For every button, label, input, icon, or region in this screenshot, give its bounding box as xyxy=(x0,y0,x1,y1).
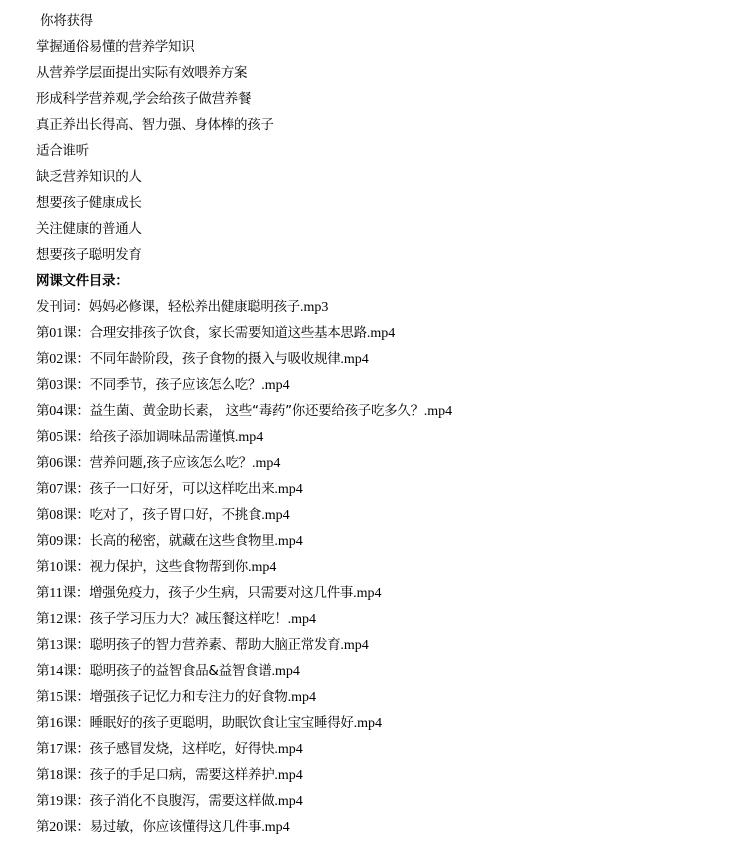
lesson-prefix: 第 xyxy=(36,377,49,393)
file-list-item: 第06课：营养问题,孩子应该怎么吃？.mp4 xyxy=(36,450,736,476)
lesson-suffix: 课 xyxy=(63,351,76,367)
lesson-number: 15 xyxy=(49,690,63,705)
lesson-title: ：孩子的手足口病，需要这样养护 xyxy=(76,767,274,783)
file-list-item: 第16课：睡眠好的孩子更聪明，助眠饮食让宝宝睡得好.mp4 xyxy=(36,710,736,736)
lesson-number: 06 xyxy=(49,456,63,471)
lesson-prefix: 第 xyxy=(36,559,49,575)
lesson-suffix: 课 xyxy=(63,533,76,549)
file-list-item: 第18课：孩子的手足口病，需要这样养护.mp4 xyxy=(36,762,736,788)
lesson-number: 10 xyxy=(49,560,63,575)
file-list-item: 第19课：孩子消化不良腹泻，需要这样做.mp4 xyxy=(36,788,736,814)
catalog-heading: 网课文件目录： xyxy=(36,268,736,294)
lesson-title: ：视力保护，这些食物帮到你 xyxy=(76,559,248,575)
file-extension: .mp4 xyxy=(271,664,299,679)
lesson-prefix: 第 xyxy=(36,741,49,757)
lesson-suffix: 课 xyxy=(63,611,76,627)
lesson-title: ：增强免疫力，孩子少生病，只需要对这几件事 xyxy=(76,585,353,601)
file-extension: .mp4 xyxy=(252,456,280,471)
lesson-number: 20 xyxy=(49,820,63,835)
lesson-number: 09 xyxy=(49,534,63,549)
file-extension: .mp4 xyxy=(261,378,289,393)
file-extension: .mp4 xyxy=(274,742,302,757)
file-list-item: 发刊词：妈妈必修课，轻松养出健康聪明孩子.mp3 xyxy=(36,294,736,320)
document-body: 你将获得 掌握通俗易懂的营养学知识 从营养学层面提出实际有效喂养方案 形成科学营… xyxy=(36,8,736,840)
lesson-prefix: 第 xyxy=(36,533,49,549)
lesson-title: ：妈妈必修课，轻松养出健康聪明孩子 xyxy=(76,299,300,315)
lesson-title: ：长高的秘密，就藏在这些食物里 xyxy=(76,533,274,549)
file-extension: .mp4 xyxy=(354,716,382,731)
lesson-suffix: 课 xyxy=(63,663,76,679)
file-extension: .mp4 xyxy=(288,690,316,705)
file-list-item: 第05课：给孩子添加调味品需谨慎.mp4 xyxy=(36,424,736,450)
lesson-number: 17 xyxy=(49,742,63,757)
lesson-title: ：孩子一口好牙，可以这样吃出来 xyxy=(76,481,274,497)
lesson-title: ：不同年龄阶段，孩子食物的摄入与吸收规律 xyxy=(76,351,340,367)
file-list-item: 第12课：孩子学习压力大？减压餐这样吃！.mp4 xyxy=(36,606,736,632)
file-list-item: 第11课：增强免疫力，孩子少生病，只需要对这几件事.mp4 xyxy=(36,580,736,606)
lesson-title: ：易过敏，你应该懂得这几件事 xyxy=(76,819,261,835)
file-extension: .mp4 xyxy=(274,482,302,497)
file-extension: .mp4 xyxy=(340,638,368,653)
file-extension: .mp4 xyxy=(424,404,452,419)
audience-item: 缺乏营养知识的人 xyxy=(36,164,736,190)
file-list-item: 第09课：长高的秘密，就藏在这些食物里.mp4 xyxy=(36,528,736,554)
benefit-item: 形成科学营养观,学会给孩子做营养餐 xyxy=(36,86,736,112)
lesson-suffix: 课 xyxy=(63,559,76,575)
lesson-title: ：给孩子添加调味品需谨慎 xyxy=(76,429,234,445)
benefits-heading: 你将获得 xyxy=(36,8,736,34)
lesson-prefix: 第 xyxy=(36,325,49,341)
file-list-item: 第01课：合理安排孩子饮食，家长需要知道这些基本思路.mp4 xyxy=(36,320,736,346)
lesson-prefix: 第 xyxy=(36,819,49,835)
lesson-number: 13 xyxy=(49,638,63,653)
lesson-prefix: 发刊词 xyxy=(36,299,76,315)
lesson-suffix: 课 xyxy=(63,455,76,471)
lesson-number: 05 xyxy=(49,430,63,445)
lesson-title: ：合理安排孩子饮食，家长需要知道这些基本思路 xyxy=(76,325,366,341)
lesson-prefix: 第 xyxy=(36,429,49,445)
lesson-title: ：营养问题,孩子应该怎么吃？ xyxy=(76,455,252,471)
file-extension: .mp4 xyxy=(248,560,276,575)
audience-heading: 适合谁听 xyxy=(36,138,736,164)
file-extension: .mp4 xyxy=(274,534,302,549)
lesson-suffix: 课 xyxy=(63,819,76,835)
lesson-number: 18 xyxy=(49,768,63,783)
lesson-title: ：益生菌、黄金助长素， 这些“毒药”你还要给孩子吃多久？ xyxy=(76,403,423,419)
lesson-suffix: 课 xyxy=(63,507,76,523)
lesson-suffix: 课 xyxy=(63,429,76,445)
lesson-prefix: 第 xyxy=(36,715,49,731)
lesson-number: 19 xyxy=(49,794,63,809)
lesson-number: 12 xyxy=(49,612,63,627)
lesson-prefix: 第 xyxy=(36,481,49,497)
lesson-number: 01 xyxy=(49,326,63,341)
file-list-item: 第03课：不同季节，孩子应该怎么吃？.mp4 xyxy=(36,372,736,398)
audience-item: 想要孩子健康成长 xyxy=(36,190,736,216)
lesson-suffix: 课 xyxy=(63,403,76,419)
lesson-title: ：不同季节，孩子应该怎么吃？ xyxy=(76,377,261,393)
lesson-title: ：孩子消化不良腹泻，需要这样做 xyxy=(76,793,274,809)
file-list-item: 第07课：孩子一口好牙，可以这样吃出来.mp4 xyxy=(36,476,736,502)
lesson-suffix: 课 xyxy=(63,637,76,653)
lesson-number: 07 xyxy=(49,482,63,497)
lesson-number: 16 xyxy=(49,716,63,731)
lesson-title: ：吃对了，孩子胃口好，不挑食 xyxy=(76,507,261,523)
benefit-item: 从营养学层面提出实际有效喂养方案 xyxy=(36,60,736,86)
file-extension: .mp4 xyxy=(367,326,395,341)
lesson-prefix: 第 xyxy=(36,637,49,653)
lesson-title: ：孩子感冒发烧，这样吃，好得快 xyxy=(76,741,274,757)
lesson-prefix: 第 xyxy=(36,767,49,783)
file-list-item: 第08课：吃对了，孩子胃口好，不挑食.mp4 xyxy=(36,502,736,528)
lesson-suffix: 课 xyxy=(63,377,76,393)
lesson-suffix: 课 xyxy=(63,767,76,783)
file-extension: .mp3 xyxy=(300,300,328,315)
file-list-item: 第02课：不同年龄阶段，孩子食物的摄入与吸收规律.mp4 xyxy=(36,346,736,372)
lesson-number: 14 xyxy=(49,664,63,679)
lesson-number: 02 xyxy=(49,352,63,367)
lesson-prefix: 第 xyxy=(36,793,49,809)
lesson-prefix: 第 xyxy=(36,403,49,419)
file-list-item: 第20课：易过敏，你应该懂得这几件事.mp4 xyxy=(36,814,736,840)
lesson-prefix: 第 xyxy=(36,351,49,367)
file-list-item: 第10课：视力保护，这些食物帮到你.mp4 xyxy=(36,554,736,580)
benefit-item: 掌握通俗易懂的营养学知识 xyxy=(36,34,736,60)
file-extension: .mp4 xyxy=(274,768,302,783)
lesson-suffix: 课 xyxy=(63,585,76,601)
lesson-suffix: 课 xyxy=(63,715,76,731)
file-list-item: 第17课：孩子感冒发烧，这样吃，好得快.mp4 xyxy=(36,736,736,762)
audience-item: 想要孩子聪明发育 xyxy=(36,242,736,268)
lesson-prefix: 第 xyxy=(36,611,49,627)
lesson-prefix: 第 xyxy=(36,585,49,601)
file-extension: .mp4 xyxy=(353,586,381,601)
lesson-title: ：孩子学习压力大？减压餐这样吃！ xyxy=(76,611,287,627)
file-extension: .mp4 xyxy=(235,430,263,445)
file-extension: .mp4 xyxy=(288,612,316,627)
lesson-title: ：聪明孩子的益智食品&益智食谱 xyxy=(76,663,271,679)
audience-item: 关注健康的普通人 xyxy=(36,216,736,242)
file-extension: .mp4 xyxy=(340,352,368,367)
file-extension: .mp4 xyxy=(261,508,289,523)
lesson-number: 03 xyxy=(49,378,63,393)
lesson-prefix: 第 xyxy=(36,455,49,471)
lesson-number: 11 xyxy=(49,586,62,601)
file-list-item: 第14课：聪明孩子的益智食品&益智食谱.mp4 xyxy=(36,658,736,684)
file-list-item: 第04课：益生菌、黄金助长素， 这些“毒药”你还要给孩子吃多久？.mp4 xyxy=(36,398,736,424)
lesson-suffix: 课 xyxy=(63,793,76,809)
file-list-item: 第13课：聪明孩子的智力营养素、帮助大脑正常发育.mp4 xyxy=(36,632,736,658)
file-extension: .mp4 xyxy=(261,820,289,835)
lesson-suffix: 课 xyxy=(63,689,76,705)
lesson-prefix: 第 xyxy=(36,689,49,705)
benefit-item: 真正养出长得高、智力强、身体棒的孩子 xyxy=(36,112,736,138)
lesson-title: ：聪明孩子的智力营养素、帮助大脑正常发育 xyxy=(76,637,340,653)
lesson-title: ：睡眠好的孩子更聪明，助眠饮食让宝宝睡得好 xyxy=(76,715,353,731)
lesson-suffix: 课 xyxy=(63,481,76,497)
lesson-number: 04 xyxy=(49,404,63,419)
lesson-prefix: 第 xyxy=(36,507,49,523)
lesson-suffix: 课 xyxy=(63,325,76,341)
lesson-suffix: 课 xyxy=(63,741,76,757)
file-list: 发刊词：妈妈必修课，轻松养出健康聪明孩子.mp3 第01课：合理安排孩子饮食，家… xyxy=(36,294,736,840)
lesson-title: ：增强孩子记忆力和专注力的好食物 xyxy=(76,689,287,705)
file-extension: .mp4 xyxy=(274,794,302,809)
lesson-number: 08 xyxy=(49,508,63,523)
file-list-item: 第15课：增强孩子记忆力和专注力的好食物.mp4 xyxy=(36,684,736,710)
lesson-prefix: 第 xyxy=(36,663,49,679)
